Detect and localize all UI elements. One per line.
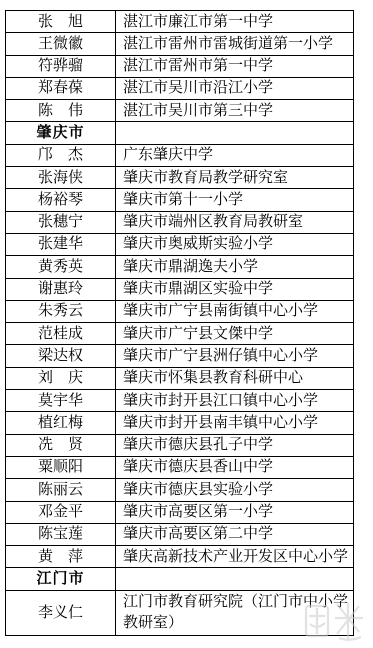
person-name-cell: 张 旭 (6, 11, 116, 33)
table-body: 张 旭湛江市廉江市第一中学王微徽湛江市雷州市雷城街道第一小学符骅骝湛江市雷州市第… (6, 11, 354, 636)
person-name-cell: 张建华 (6, 233, 116, 255)
school-cell: 肇庆市封开县南丰镇中心小学 (116, 412, 354, 434)
school-cell: 肇庆市广宁县文傑中学 (116, 323, 354, 345)
person-name-cell: 谢惠玲 (6, 278, 116, 300)
table-row: 粟顺阳肇庆市德庆县香山中学 (6, 456, 354, 478)
school-cell: 广东肇庆中学 (116, 144, 354, 166)
table-row: 朱秀云肇庆市广宁县南街镇中心小学 (6, 300, 354, 322)
school-cell: 肇庆高新技术产业开发区中心小学 (116, 546, 354, 568)
school-cell: 湛江市雷州市雷城街道第一小学 (116, 33, 354, 55)
person-name-cell: 王微徽 (6, 33, 116, 55)
school-cell: 肇庆市奥威斯实验小学 (116, 233, 354, 255)
table-row: 邝 杰广东肇庆中学 (6, 144, 354, 166)
table-row: 莫宇华肇庆市封开县江口镇中心小学 (6, 390, 354, 412)
school-cell: 肇庆市怀集县教育科研中心 (116, 367, 354, 389)
school-cell: 肇庆市德庆县实验小学 (116, 479, 354, 501)
person-name-cell: 莫宇华 (6, 390, 116, 412)
table-row: 张建华肇庆市奥威斯实验小学 (6, 233, 354, 255)
person-name-cell: 郑春葆 (6, 77, 116, 99)
table-row: 刘 庆肇庆市怀集县教育科研中心 (6, 367, 354, 389)
person-name-cell: 陈丽云 (6, 479, 116, 501)
school-cell: 肇庆市鼎湖逸夫小学 (116, 256, 354, 278)
table-row: 黄秀英肇庆市鼎湖逸夫小学 (6, 256, 354, 278)
person-name-cell: 朱秀云 (6, 300, 116, 322)
table-row: 邓金平肇庆市高要区第一小学 (6, 501, 354, 523)
table-row: 陈宝莲肇庆市高要区第二中学 (6, 523, 354, 545)
person-name-cell: 粟顺阳 (6, 456, 116, 478)
school-cell: 肇庆市德庆县香山中学 (116, 456, 354, 478)
school-cell: 肇庆市端州区教育局教研室 (116, 211, 354, 233)
table-row: 冼 贤肇庆市德庆县孔子中学 (6, 434, 354, 456)
table-row: 陈 伟湛江市吴川市第三中学 (6, 100, 354, 122)
school-cell: 肇庆市高要区第一小学 (116, 501, 354, 523)
school-cell: 湛江市廉江市第一中学 (116, 11, 354, 33)
table-row: 李义仁江门市教育研究院（江门市中小学教研室） (6, 590, 354, 635)
school-cell (116, 568, 354, 590)
table-row: 张穗宁肇庆市端州区教育局教研室 (6, 211, 354, 233)
person-name-cell: 植红梅 (6, 412, 116, 434)
person-name-cell: 冼 贤 (6, 434, 116, 456)
person-name-cell: 陈 伟 (6, 100, 116, 122)
school-cell: 肇庆市德庆县孔子中学 (116, 434, 354, 456)
table-row: 王微徽湛江市雷州市雷城街道第一小学 (6, 33, 354, 55)
table-row: 符骅骝湛江市雷州市第一中学 (6, 55, 354, 77)
table-row: 梁达权肇庆市广宁县洲仔镇中心小学 (6, 345, 354, 367)
school-cell: 肇庆市第十一小学 (116, 189, 354, 211)
city-section-label: 肇庆市 (6, 122, 116, 144)
person-name-cell: 黄秀英 (6, 256, 116, 278)
school-cell: 肇庆市广宁县南街镇中心小学 (116, 300, 354, 322)
person-name-cell: 范桂成 (6, 323, 116, 345)
table-row: 黄 萍肇庆高新技术产业开发区中心小学 (6, 546, 354, 568)
school-cell: 肇庆市鼎湖区实验中学 (116, 278, 354, 300)
section-header-row: 江门市 (6, 568, 354, 590)
table-row: 植红梅肇庆市封开县南丰镇中心小学 (6, 412, 354, 434)
table-row: 张 旭湛江市廉江市第一中学 (6, 11, 354, 33)
school-cell: 肇庆市高要区第二中学 (116, 523, 354, 545)
person-name-cell: 李义仁 (6, 590, 116, 635)
person-name-cell: 梁达权 (6, 345, 116, 367)
person-name-cell: 符骅骝 (6, 55, 116, 77)
table-row: 陈丽云肇庆市德庆县实验小学 (6, 479, 354, 501)
school-cell: 肇庆市封开县江口镇中心小学 (116, 390, 354, 412)
school-cell: 湛江市吴川市第三中学 (116, 100, 354, 122)
person-name-cell: 张海侠 (6, 167, 116, 189)
table-row: 张海侠肇庆市教育局教学研究室 (6, 167, 354, 189)
school-cell: 湛江市雷州市第一中学 (116, 55, 354, 77)
person-name-cell: 刘 庆 (6, 367, 116, 389)
section-header-row: 肇庆市 (6, 122, 354, 144)
table-row: 郑春葆湛江市吴川市沿江小学 (6, 77, 354, 99)
person-name-cell: 邓金平 (6, 501, 116, 523)
table-row: 谢惠玲肇庆市鼎湖区实验中学 (6, 278, 354, 300)
person-name-cell: 杨裕琴 (6, 189, 116, 211)
person-name-cell: 陈宝莲 (6, 523, 116, 545)
school-cell: 湛江市吴川市沿江小学 (116, 77, 354, 99)
person-name-cell: 邝 杰 (6, 144, 116, 166)
school-cell (116, 122, 354, 144)
school-cell: 肇庆市教育局教学研究室 (116, 167, 354, 189)
school-cell: 江门市教育研究院（江门市中小学教研室） (116, 590, 354, 635)
person-name-cell: 黄 萍 (6, 546, 116, 568)
school-cell: 肇庆市广宁县洲仔镇中心小学 (116, 345, 354, 367)
city-section-label: 江门市 (6, 568, 116, 590)
person-name-cell: 张穗宁 (6, 211, 116, 233)
name-school-table: 张 旭湛江市廉江市第一中学王微徽湛江市雷州市雷城街道第一小学符骅骝湛江市雷州市第… (5, 10, 354, 636)
table-row: 杨裕琴肇庆市第十一小学 (6, 189, 354, 211)
table-row: 范桂成肇庆市广宁县文傑中学 (6, 323, 354, 345)
